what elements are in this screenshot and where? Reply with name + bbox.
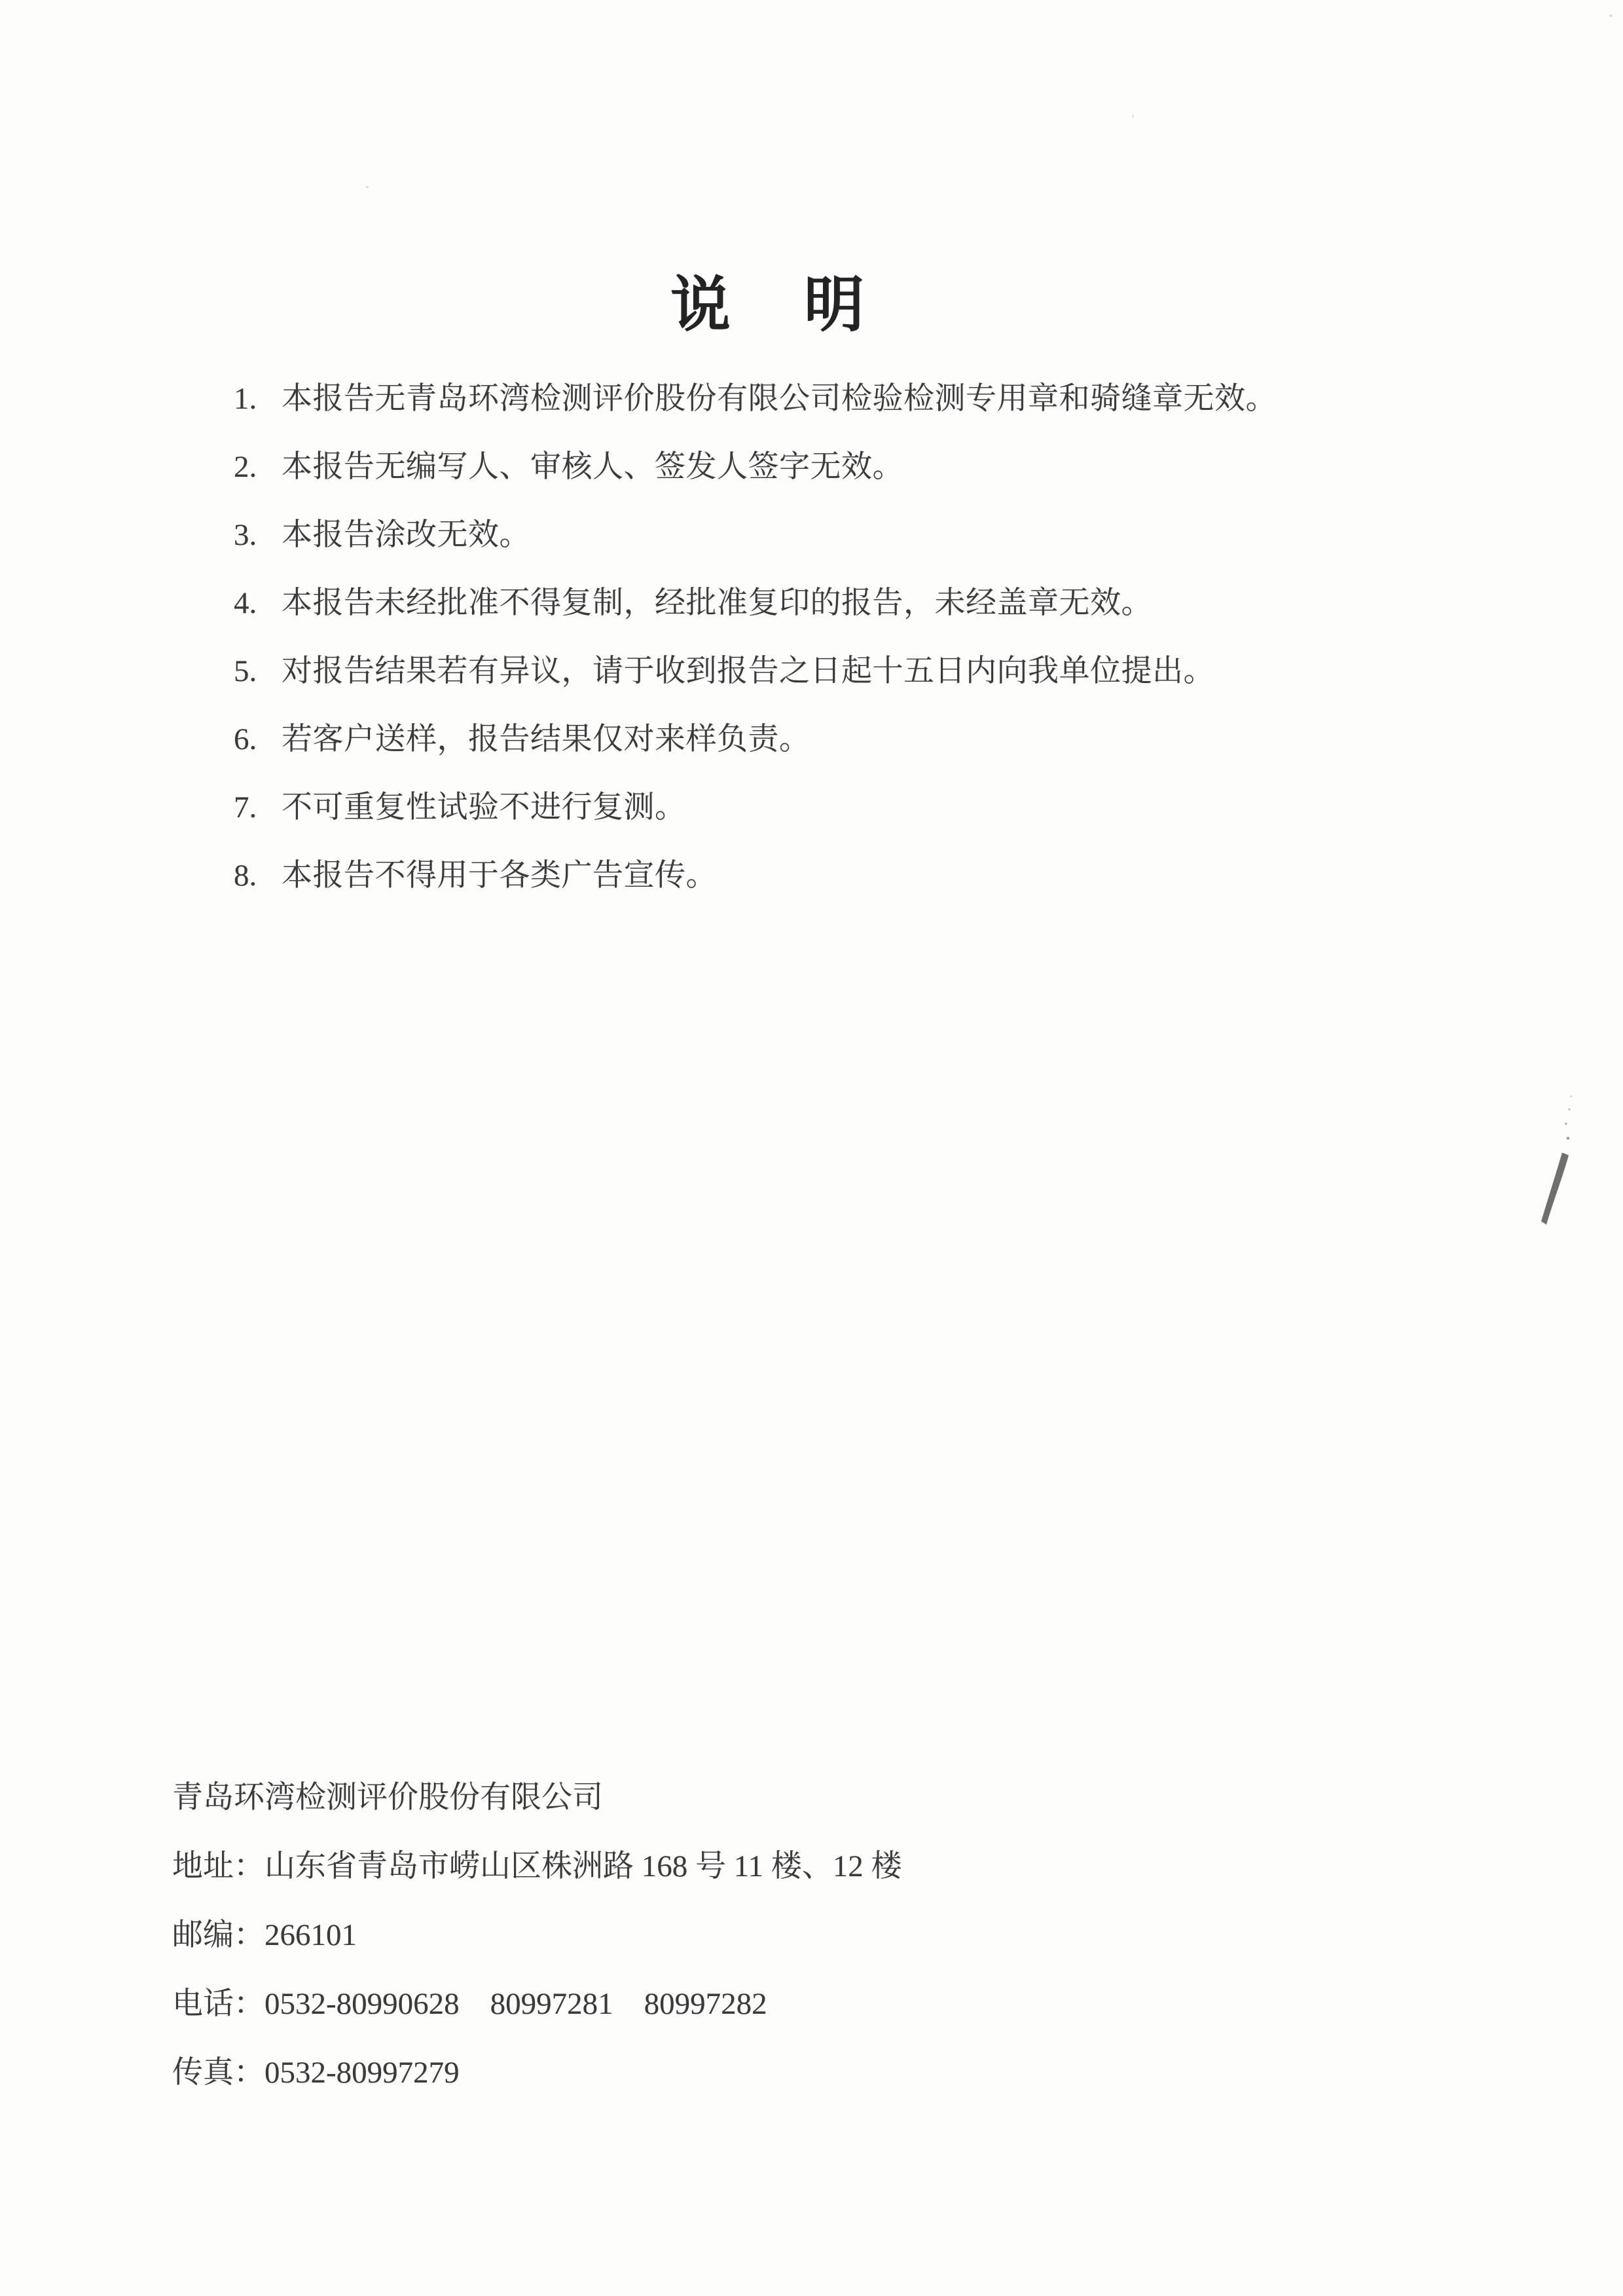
note-item-8: 8. 本报告不得用于各类广告宣传。	[234, 842, 1277, 910]
company-contact-block: 青岛环湾检测评价股份有限公司 地址：山东省青岛市崂山区株洲路 168 号 11 …	[172, 1764, 902, 2107]
note-item-1: 1. 本报告无青岛环湾检测评价股份有限公司检验检测专用章和骑缝章无效。	[234, 365, 1277, 433]
address-label: 地址：	[172, 1849, 264, 1883]
phone-line: 电话：0532-80990628 80997281 80997282	[172, 1970, 902, 2039]
scan-speck	[366, 186, 369, 188]
note-item-4: 4. 本报告未经批准不得复制，经批准复印的报告，未经盖章无效。	[234, 569, 1277, 637]
note-number: 4.	[234, 569, 282, 637]
phone-value: 0532-80990628 80997281 80997282	[264, 1987, 767, 2021]
phone-label: 电话：	[172, 1987, 264, 2021]
note-item-3: 3. 本报告涂改无效。	[234, 501, 1277, 569]
note-text: 本报告无编写人、审核人、签发人签字无效。	[282, 433, 903, 501]
note-number: 6.	[234, 705, 282, 773]
note-text: 本报告无青岛环湾检测评价股份有限公司检验检测专用章和骑缝章无效。	[282, 365, 1277, 433]
note-item-2: 2. 本报告无编写人、审核人、签发人签字无效。	[234, 433, 1277, 501]
note-text: 对报告结果若有异议，请于收到报告之日起十五日内向我单位提出。	[282, 637, 1214, 705]
note-number: 5.	[234, 637, 282, 705]
fax-line: 传真：0532-80997279	[172, 2039, 902, 2107]
note-item-7: 7. 不可重复性试验不进行复测。	[234, 773, 1277, 842]
note-text: 本报告不得用于各类广告宣传。	[282, 842, 717, 910]
postal-label: 邮编：	[172, 1918, 264, 1952]
note-number: 8.	[234, 842, 282, 910]
ink-smudge-artifact	[1532, 1087, 1578, 1231]
note-number: 3.	[234, 501, 282, 569]
note-text: 本报告未经批准不得复制，经批准复印的报告，未经盖章无效。	[282, 569, 1152, 637]
scan-speck	[1132, 115, 1134, 118]
note-item-5: 5. 对报告结果若有异议，请于收到报告之日起十五日内向我单位提出。	[234, 637, 1277, 705]
note-text: 若客户送样，报告结果仅对来样负责。	[282, 705, 811, 773]
note-number: 1.	[234, 365, 282, 433]
notes-list: 1. 本报告无青岛环湾检测评价股份有限公司检验检测专用章和骑缝章无效。 2. 本…	[234, 365, 1277, 910]
page-title: 说 明	[670, 274, 871, 337]
scan-speck	[547, 731, 550, 733]
note-item-6: 6. 若客户送样，报告结果仅对来样负责。	[234, 705, 1277, 773]
postal-line: 邮编：266101	[172, 1901, 902, 1970]
note-text: 本报告涂改无效。	[282, 501, 530, 569]
scanned-document-page: 说 明 1. 本报告无青岛环湾检测评价股份有限公司检验检测专用章和骑缝章无效。 …	[0, 0, 1623, 2296]
address-value: 山东省青岛市崂山区株洲路 168 号 11 楼、12 楼	[264, 1849, 902, 1883]
fax-label: 传真：	[172, 2056, 264, 2090]
note-number: 2.	[234, 433, 282, 501]
scan-speck	[1609, 14, 1613, 17]
note-number: 7.	[234, 773, 282, 842]
address-line: 地址：山东省青岛市崂山区株洲路 168 号 11 楼、12 楼	[172, 1832, 902, 1901]
postal-value: 266101	[264, 1918, 357, 1952]
note-text: 不可重复性试验不进行复测。	[282, 773, 686, 842]
fax-value: 0532-80997279	[264, 2056, 460, 2090]
company-name: 青岛环湾检测评价股份有限公司	[172, 1764, 902, 1832]
